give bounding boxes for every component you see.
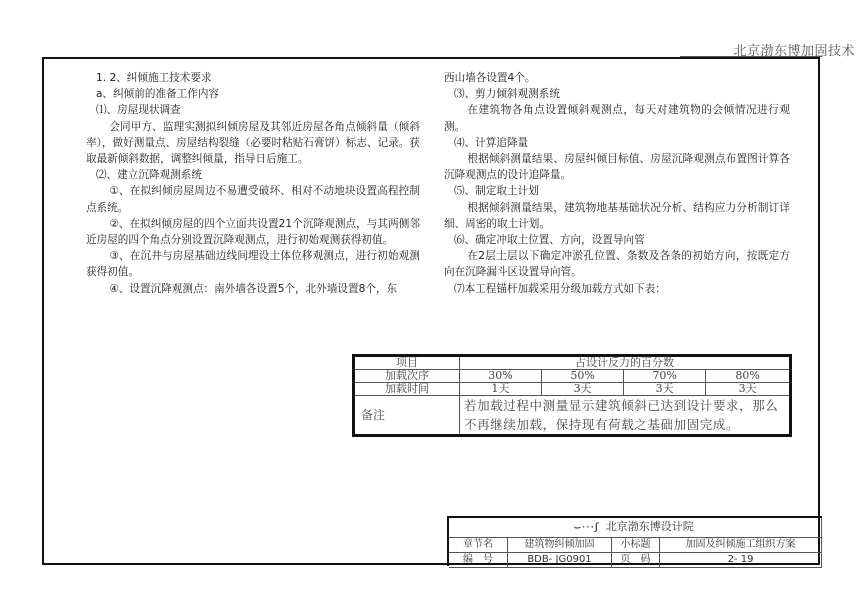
item-heading: ⑷、计算追降量 — [444, 135, 790, 151]
paragraph: 会同甲方、监理实测拟纠倾房屋及其邻近房屋各角点倾斜量（倾斜率），做好测量点、房屋… — [86, 119, 420, 168]
title-block: ⌣⋯ʃ 北京渤东博设计院 章节名 建筑物纠倾加固 小标题 加固及纠倾施工组织方案… — [447, 516, 822, 566]
paragraph: ①、在拟纠倾房屋周边不易遭受破坏、相对不动地块设置高程控制点系统。 — [86, 183, 420, 215]
paragraph: 根据倾斜测量结果、房屋纠倾目标值、房屋沉降观测点布置图计算各沉降观测点的设计追降… — [444, 151, 790, 183]
paragraph: 在建筑物各角点设置倾斜观测点，每天对建筑物的会倾情况进行观测。 — [444, 102, 790, 134]
chapter-label: 章节名 — [449, 538, 508, 553]
loading-schedule-table: 项目 占设计反力的百分数 加载次序 30% 50% 70% 80% 加载时间 1… — [352, 354, 792, 437]
remark-row: 备注 若加载过程中测量显示建筑倾斜已达到设计要求，那么不再继续加载，保持现有荷载… — [354, 396, 791, 436]
table-cell: 1天 — [460, 383, 542, 396]
chapter-value: 建筑物纠倾加固 — [508, 538, 612, 553]
table-row: 加载时间 1天 3天 3天 3天 — [354, 383, 791, 396]
paragraph: 在2层土层以下确定冲淤孔位置、条数及各条的初始方向，按既定方向在沉降漏斗区设置导… — [444, 248, 790, 280]
org-name: 北京渤东博设计院 — [606, 520, 694, 533]
table-cell: 70% — [624, 370, 706, 383]
item-heading: ⑴、房屋现状调查 — [86, 102, 420, 118]
item-heading: ⑹、确定冲取土位置、方向，设置导向管 — [444, 232, 790, 248]
org-row: ⌣⋯ʃ 北京渤东博设计院 — [449, 518, 822, 538]
paragraph: 西山墙各设置4个。 — [444, 70, 790, 86]
page-value: 2- 19 — [660, 553, 822, 568]
paragraph: ④、设置沉降观测点：南外墙各设置5个，北外墙设置8个，东 — [86, 281, 420, 297]
item-heading: ⑵、建立沉降观测系统 — [86, 167, 420, 183]
title-block-row: 编 号 BDB- JG0901 页 码 2- 19 — [449, 553, 822, 568]
number-value: BDB- JG0901 — [508, 553, 612, 568]
left-text-column: 1. 2、纠倾施工技术要求 a、纠倾前的准备工作内容 ⑴、房屋现状调查 会同甲方… — [86, 70, 420, 297]
table-row: 加载次序 30% 50% 70% 80% — [354, 370, 791, 383]
table-cell: 30% — [460, 370, 542, 383]
row-label-cell: 加载次序 — [354, 370, 460, 383]
table-cell: 3天 — [706, 383, 791, 396]
remark-label-cell: 备注 — [354, 396, 460, 436]
table-cell: 3天 — [542, 383, 624, 396]
row-label-cell: 加载时间 — [354, 383, 460, 396]
item-heading: ⑺本工程锚杆加载采用分级加载方式如下表： — [444, 281, 790, 297]
paragraph: ②、在拟纠倾房屋的四个立面共设置21个沉降观测点，与其两侧邻近房屋的四个角点分别… — [86, 216, 420, 248]
page-label: 页 码 — [612, 553, 660, 568]
header-span-cell: 占设计反力的百分数 — [460, 356, 791, 370]
table-cell: 50% — [542, 370, 624, 383]
title-block-row: 章节名 建筑物纠倾加固 小标题 加固及纠倾施工组织方案 — [449, 538, 822, 553]
remark-text-cell: 若加载过程中测量显示建筑倾斜已达到设计要求，那么不再继续加载，保持现有荷载之基础… — [460, 396, 791, 436]
right-text-column: 西山墙各设置4个。 ⑶、剪力倾斜观测系统 在建筑物各角点设置倾斜观测点，每天对建… — [444, 70, 790, 297]
item-heading: ⑶、剪力倾斜观测系统 — [444, 86, 790, 102]
subsection-heading: a、纠倾前的准备工作内容 — [86, 86, 420, 102]
number-label: 编 号 — [449, 553, 508, 568]
company-logo-icon: ⌣⋯ʃ — [573, 521, 599, 535]
table-cell: 80% — [706, 370, 791, 383]
subtitle-label: 小标题 — [612, 538, 660, 553]
subtitle-value: 加固及纠倾施工组织方案 — [660, 538, 822, 553]
title-block-table: ⌣⋯ʃ 北京渤东博设计院 章节名 建筑物纠倾加固 小标题 加固及纠倾施工组织方案… — [449, 518, 822, 568]
org-cell: ⌣⋯ʃ 北京渤东博设计院 — [449, 518, 822, 538]
paragraph: ③、在沉井与房屋基础边线间埋设土体位移观测点，进行初始观测获得初值。 — [86, 248, 420, 280]
section-heading: 1. 2、纠倾施工技术要求 — [86, 70, 420, 86]
table-header-row: 项目 占设计反力的百分数 — [354, 356, 791, 370]
item-heading: ⑸、制定取土计划 — [444, 183, 790, 199]
paragraph: 根据倾斜测量结果，建筑物地基基础状况分析、结构应力分析制订详细、周密的取土计划。 — [444, 200, 790, 232]
table-cell: 3天 — [624, 383, 706, 396]
header-label-cell: 项目 — [354, 356, 460, 370]
